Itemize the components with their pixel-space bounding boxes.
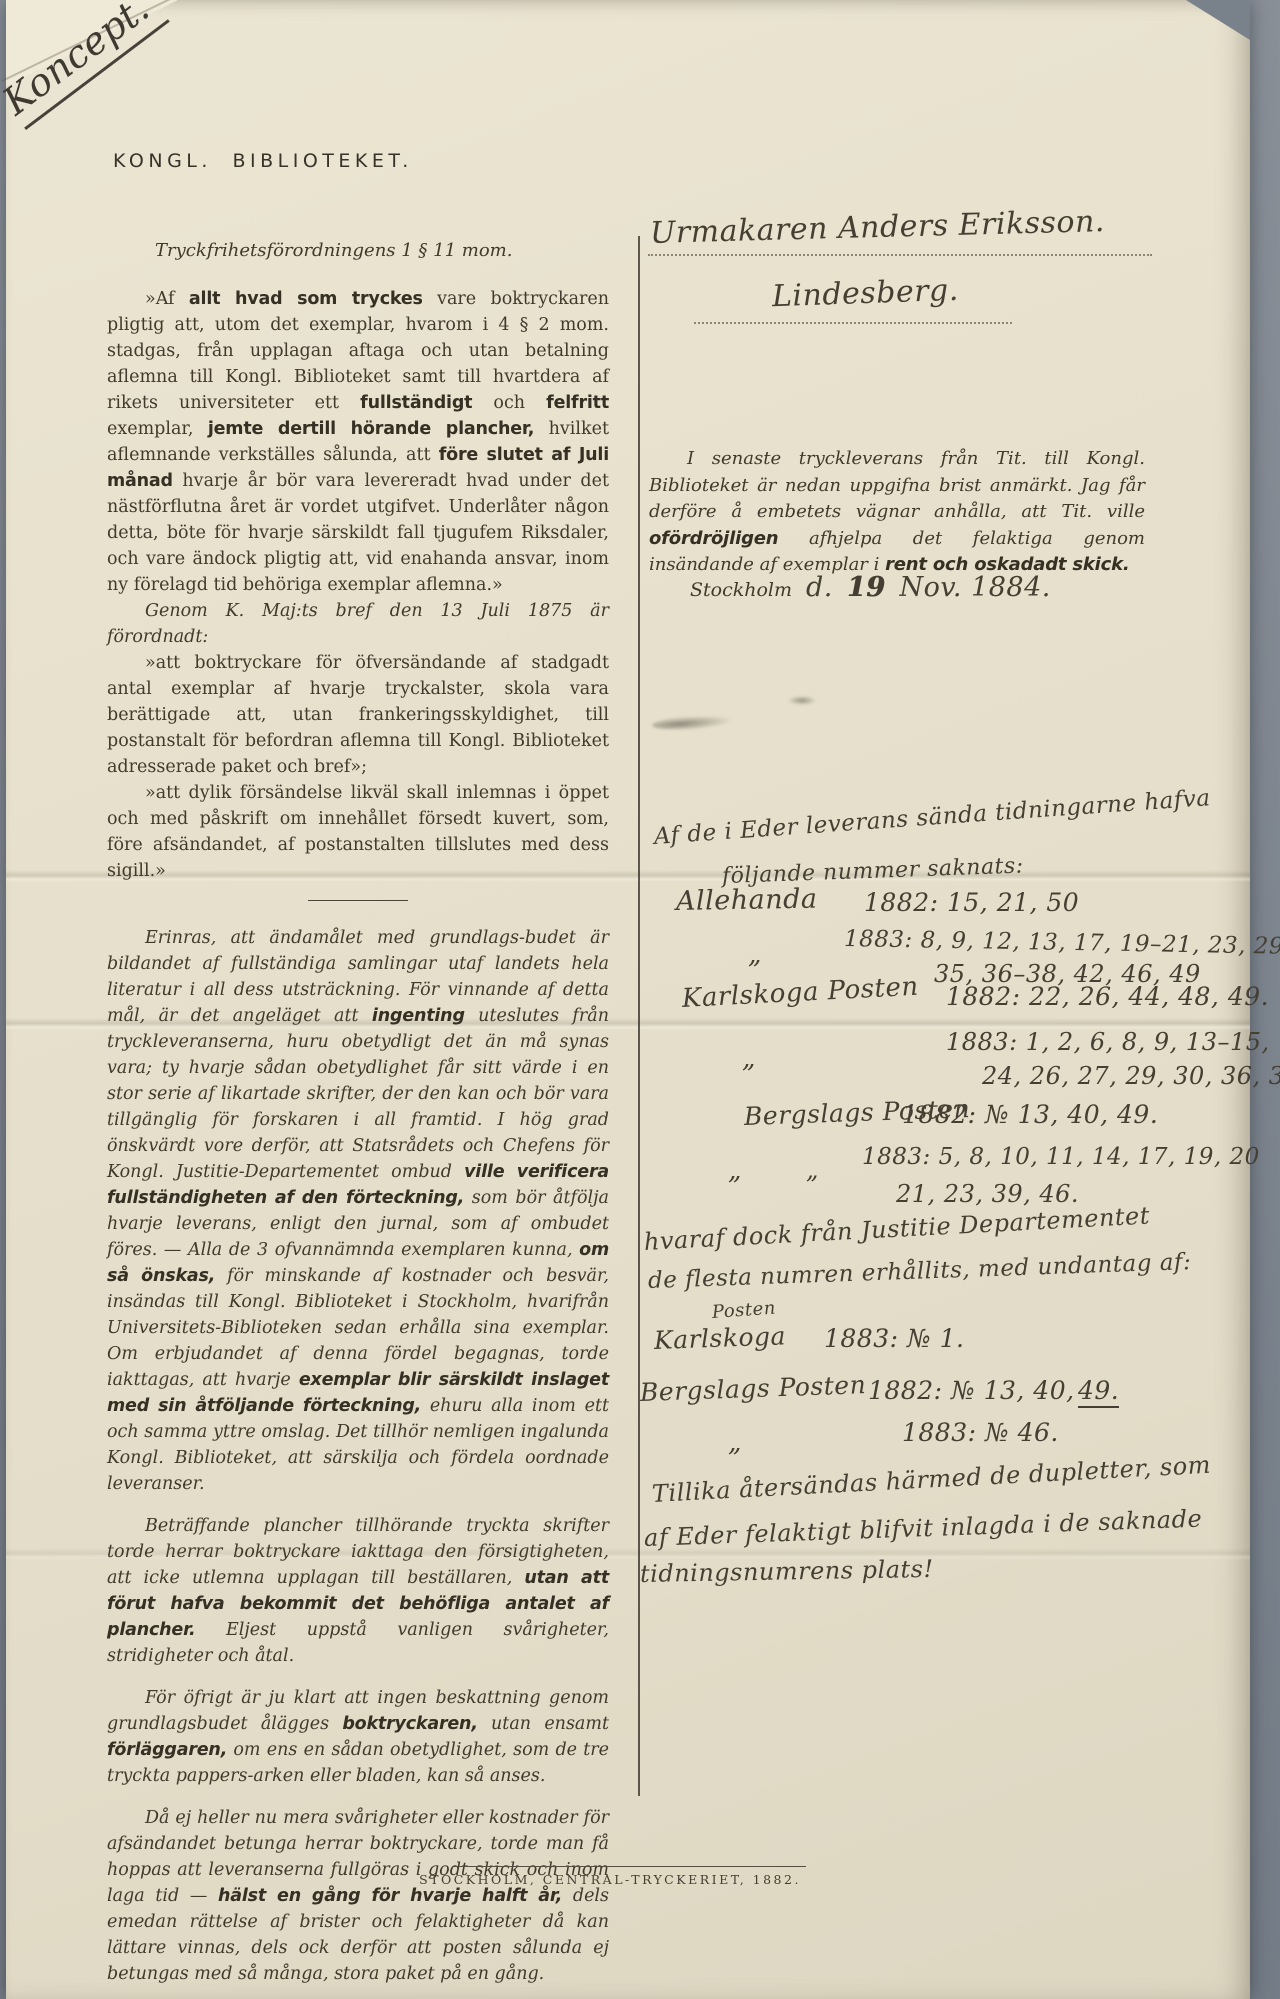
reminder-paragraph: Erinras, att ändamålet med grundlags-bud…	[107, 925, 609, 1497]
address-recipient-town: Lindesberg.	[771, 273, 959, 314]
address-recipient-name: Urmakaren Anders Eriksson.	[650, 204, 1106, 251]
paper-corner-cut	[1186, 0, 1250, 40]
handwriting-line: „	[728, 1428, 742, 1458]
handwriting-line: 1882: 15, 21, 50	[864, 888, 1079, 917]
section-heading: Tryckfrihetsförordningens 1 § 11 mom.	[107, 238, 609, 264]
handwriting-line: tidningsnumrens plats!	[640, 1555, 934, 1588]
handwriting-line: „	[748, 940, 762, 970]
handwriting-line: 49.	[1078, 1376, 1119, 1408]
decree-paragraph-1: »att boktryckare för öfversändande af st…	[107, 650, 609, 780]
handwriting-line: 1883: 8, 9, 12, 13, 17, 19–21, 23, 29	[844, 926, 1280, 960]
handwriting-line: Karlskoga	[653, 1321, 786, 1355]
handwriting-line: af Eder felaktigt blifvit inlagda i de s…	[644, 1505, 1203, 1552]
decree-paragraph-2: »att dylik försändelse likväl skall inle…	[107, 780, 609, 884]
handwriting-line: 1883: 5, 8, 10, 11, 14, 17, 19, 20	[862, 1144, 1260, 1170]
dateline-place: Stockholm	[690, 579, 792, 601]
ink-smudge	[788, 696, 816, 705]
document-scan: Koncept. KONGL. BIBLIOTEKET. Tryckfrihet…	[0, 0, 1280, 1999]
handwriting-line: följande nummer saknats:	[722, 853, 1024, 889]
tax-paragraph: För öfrigt är ju klart att ingen beskatt…	[107, 1685, 609, 1789]
handwriting-line: Af de i Eder leverans sända tidningarne …	[653, 785, 1211, 850]
handwriting-line: „	[728, 1156, 742, 1186]
section-divider-rule	[308, 900, 408, 901]
dateline-month-year: Nov. 1884.	[899, 572, 1050, 603]
ink-smudge	[652, 713, 733, 732]
handwriting-line: 24, 26, 27, 29, 30, 36, 37.	[982, 1062, 1280, 1090]
handwriting-line: 1883: 1, 2, 6, 8, 9, 13–15,	[946, 1028, 1270, 1056]
handwriting-line: „	[742, 1044, 756, 1074]
handwriting-line: 1883: № 46.	[902, 1418, 1059, 1447]
handwriting-line: Posten	[711, 1298, 776, 1323]
handwriting-line: de flesta numren erhållits, med undantag…	[648, 1249, 1192, 1294]
plates-paragraph: Beträffande plancher tillhörande tryckta…	[107, 1513, 609, 1669]
handwriting-line: „	[806, 1156, 819, 1184]
handwriting-line: 1882: № 13, 40, 49.	[902, 1100, 1158, 1129]
dateline: Stockholm d. 19 Nov. 1884.	[690, 572, 1051, 603]
decree-intro: Genom K. Maj:ts bref den 13 Juli 1875 är…	[107, 598, 609, 650]
handwriting-line: 1882: № 13, 40,	[868, 1376, 1075, 1405]
handwriting-line: 21, 23, 39, 46.	[896, 1180, 1079, 1208]
dotted-rule	[648, 254, 1152, 256]
handwriting-line: 1883: № 1.	[824, 1324, 964, 1353]
deliveries-paragraph: Då ej heller nu mera svårigheter eller k…	[107, 1805, 609, 1987]
handwriting-line: 35, 36–38, 42, 46, 49	[934, 960, 1201, 988]
handwriting-line: Bergslags Posten	[743, 1094, 970, 1131]
handwriting-line: Karlskoga Posten	[681, 972, 919, 1014]
law-paragraph: »Af allt hvad som tryckes vare boktrycka…	[107, 286, 609, 598]
paper-sheet: Koncept. KONGL. BIBLIOTEKET. Tryckfrihet…	[6, 0, 1250, 1999]
dotted-rule	[694, 322, 1012, 324]
printer-imprint: STOCKHOLM, CENTRAL-TRYCKERIET, 1882.	[6, 1872, 1214, 1887]
dateline-day: 19	[847, 572, 886, 603]
dateline-day-prefix: d.	[806, 572, 833, 603]
handwriting-line: 1882: 22, 26, 44, 48, 49.	[946, 982, 1269, 1011]
handwriting-line: Allehanda	[676, 884, 818, 917]
imprint-rule	[454, 1866, 806, 1867]
handwriting-line: Bergslags Posten	[639, 1370, 866, 1407]
handwriting-line: Tillika återsändas härmed de dupletter, …	[651, 1451, 1211, 1508]
handwriting-line: hvaraf dock från Justitie Departementet	[643, 1202, 1150, 1256]
printed-left-column: Tryckfrihetsförordningens 1 § 11 mom. »A…	[107, 238, 609, 1987]
column-divider-rule	[638, 236, 640, 1796]
library-masthead: KONGL. BIBLIOTEKET.	[113, 150, 413, 172]
defect-notice-paragraph: I senaste tryckleverans från Tit. till K…	[649, 446, 1145, 579]
